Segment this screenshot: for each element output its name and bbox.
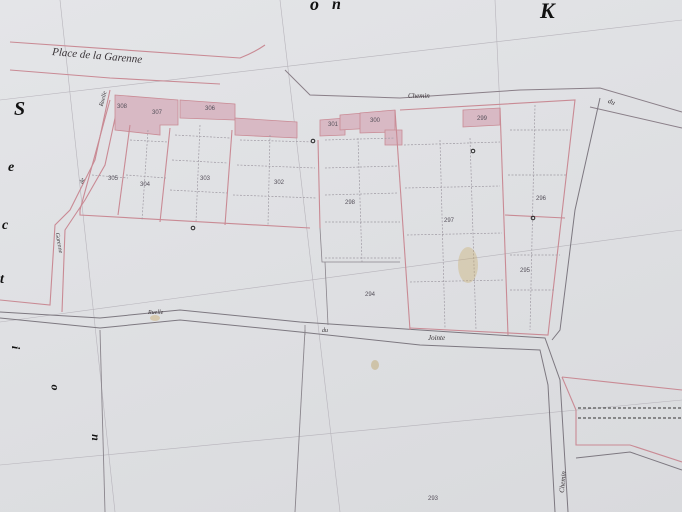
section-letter-n2: n: [88, 434, 103, 441]
section-letter-o: o: [310, 0, 319, 15]
parcel-number[interactable]: 299: [477, 116, 487, 122]
section-letter-s: S: [14, 98, 25, 121]
parcel-number[interactable]: 296: [536, 196, 546, 202]
parcel-number[interactable]: 307: [152, 110, 162, 116]
section-letter-e: e: [8, 160, 14, 176]
label-chemin: Chemin: [408, 92, 430, 100]
section-letter-c: c: [2, 218, 8, 234]
label-ruelle-bottom: Ruelle: [148, 310, 163, 316]
parcel-number[interactable]: 306: [205, 106, 215, 112]
label-ruelle-bottom-jointe: Jointe: [428, 334, 445, 342]
parcel-number[interactable]: 305: [108, 176, 118, 182]
parcel-number[interactable]: 298: [345, 200, 355, 206]
parcel-number[interactable]: 294: [365, 292, 375, 298]
section-letter-t: t: [0, 272, 4, 288]
section-letter-i: i: [8, 346, 23, 349]
cadastral-map[interactable]: o n K S e c t i o n Place de la Garenne …: [0, 0, 682, 512]
label-ruelle-bottom-du: du: [322, 328, 328, 334]
parcel-number[interactable]: 297: [444, 218, 454, 224]
parcel-number[interactable]: 293: [428, 496, 438, 502]
section-letter-o2: o: [48, 385, 63, 391]
parcel-number[interactable]: 303: [200, 176, 210, 182]
section-letter-k: K: [540, 0, 555, 24]
parcel-number[interactable]: 300: [370, 118, 380, 124]
parcel-number[interactable]: 308: [117, 104, 127, 110]
parcel-number[interactable]: 295: [520, 268, 530, 274]
section-letter-n: n: [332, 0, 341, 14]
parcel-number[interactable]: 304: [140, 182, 150, 188]
parcel-number[interactable]: 301: [328, 122, 338, 128]
parcel-number[interactable]: 302: [274, 180, 284, 186]
